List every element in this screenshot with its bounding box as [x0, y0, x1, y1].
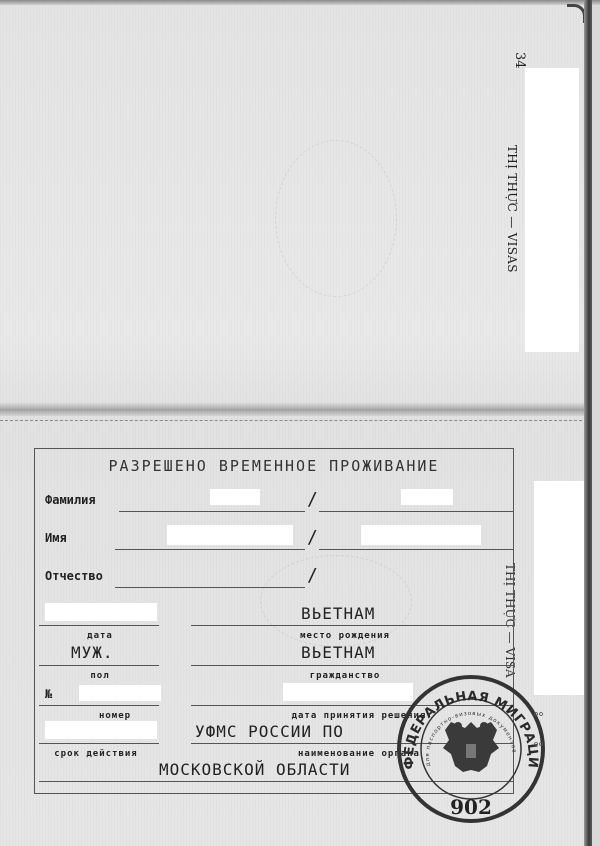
name-line	[115, 549, 305, 550]
citizenship-value: ВЬЕТНАМ	[301, 643, 375, 662]
birthplace-line	[191, 625, 513, 626]
visa-page-header: THỊ THỰC — VISAS	[505, 145, 519, 273]
name-label: Имя	[45, 531, 67, 545]
number-redacted	[79, 685, 161, 701]
sex-value: МУЖ.	[71, 643, 114, 662]
passport-page: 34 THỊ THỰC — VISAS THỊ THỰC — VISA РАЗР…	[0, 0, 592, 846]
birthplace-label: место рождения	[265, 631, 425, 641]
scan-top-edge	[0, 0, 600, 5]
fms-stamp-icon: ФЕДЕРАЛЬНАЯ МИГРАЦИОННАЯ СЛУЖБА для пасп…	[396, 674, 546, 824]
date-label: дата	[75, 631, 125, 641]
patronymic-label: Отчество	[45, 569, 103, 583]
date-line	[39, 625, 159, 626]
birthplace-value: ВЬЕТНАМ	[301, 604, 375, 623]
authority-line1-value: УФМС РОССИИ ПО	[195, 722, 344, 741]
surname-redacted	[210, 489, 260, 505]
number-label: номер	[85, 711, 145, 721]
redacted-area	[534, 481, 584, 695]
sex-line	[39, 665, 159, 666]
decision-date-redacted	[283, 683, 413, 701]
eagle-icon	[443, 722, 499, 772]
name-slash: /	[307, 527, 318, 548]
watermark-emblem-icon	[275, 140, 397, 297]
surname-line	[119, 511, 305, 512]
patronymic-slash: /	[307, 565, 318, 586]
page-number: 34	[512, 52, 527, 69]
sex-label: пол	[75, 671, 125, 681]
patronymic-line	[115, 587, 305, 588]
surname-slash: /	[307, 489, 318, 510]
surname-latin-line	[319, 511, 513, 512]
perforation-line	[0, 420, 592, 421]
citizenship-line	[191, 665, 513, 666]
name-latin-line	[319, 549, 513, 550]
validity-label: срок действия	[41, 749, 151, 759]
number-sign: №	[45, 687, 52, 701]
redacted-area	[525, 68, 579, 352]
name-redacted	[167, 525, 293, 545]
authority-line2-value: МОСКОВСКОЙ ОБЛАСТИ	[159, 760, 350, 779]
number-line	[39, 705, 159, 706]
page-fold	[0, 402, 592, 416]
surname-label: Фамилия	[45, 493, 96, 507]
date-of-birth-redacted	[45, 603, 157, 621]
stamp-number: 902	[450, 795, 492, 819]
permit-title: РАЗРЕШЕНО ВРЕМЕННОЕ ПРОЖИВАНИЕ	[35, 457, 513, 475]
page-edge	[584, 0, 592, 846]
name-latin-redacted	[361, 525, 481, 545]
validity-redacted	[45, 721, 157, 739]
validity-line	[39, 743, 159, 744]
surname-latin-redacted	[401, 489, 453, 505]
